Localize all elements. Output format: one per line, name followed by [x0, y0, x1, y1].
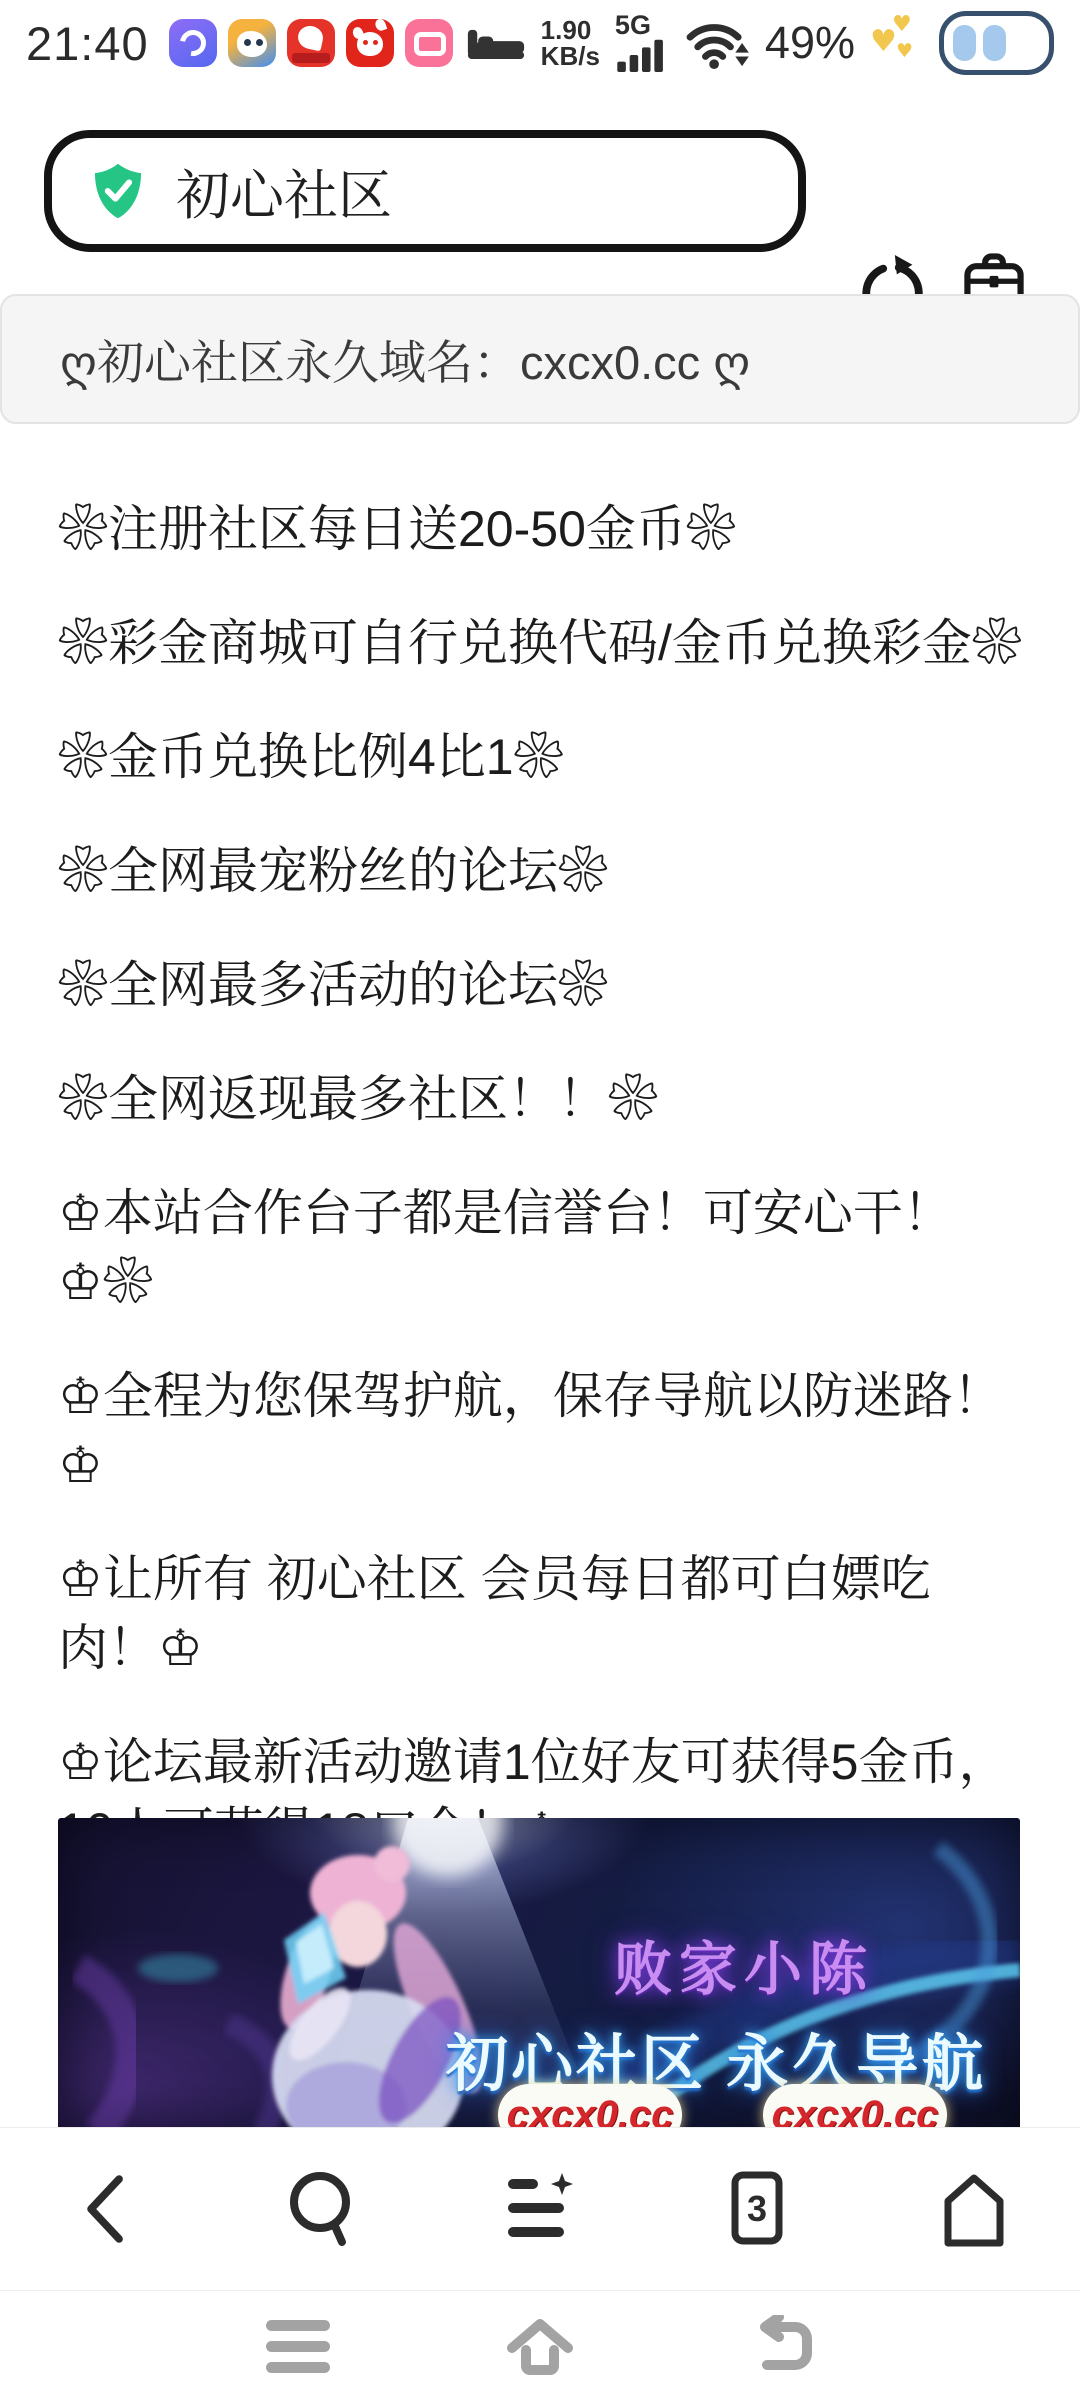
search-icon	[284, 2168, 362, 2250]
shorts-app-icon	[287, 19, 335, 67]
battery-cell	[953, 25, 976, 61]
game-app-icon	[228, 19, 276, 67]
page-content: ❀注册社区每日送20-50金币❀ ❀彩金商城可自行兑换代码/金币兑换彩金❀ ❀金…	[0, 424, 1080, 2025]
browser-address-row: 初心社区	[0, 86, 1080, 294]
play-glyph	[296, 24, 325, 52]
hearts-theme-icon: ♥ ♥ ♥	[870, 16, 924, 70]
heart-glyph: ♥	[892, 12, 912, 37]
notice-paragraph: ❀全网返现最多社区！！❀	[58, 1065, 1022, 1134]
tab-count-text: 3	[747, 2188, 767, 2229]
nav-back-icon	[747, 2315, 817, 2377]
notice-paragraph: ♔本站合作台子都是信誉台！可安心干！♔❀	[58, 1179, 1022, 1317]
swirl-glyph	[175, 25, 211, 61]
tab-count-icon: 3	[721, 2169, 793, 2249]
bilibili-app-icon	[405, 19, 453, 67]
notice-text: ღ初心社区永久域名：cxcx0.cc ღ	[60, 326, 750, 393]
banner-domain-badge: cxcx0.cc	[763, 2084, 947, 2133]
tabs-button[interactable]: 3	[715, 2161, 799, 2257]
speed-value: 1.90	[541, 17, 592, 43]
page-title-text: 初心社区	[176, 153, 392, 230]
home-button[interactable]	[932, 2161, 1016, 2257]
status-indicators: 1.90 KB/s 5G 49% ♥ ♥ ♥	[466, 11, 1054, 75]
back-button[interactable]	[64, 2161, 148, 2257]
secure-shield-check-icon[interactable]	[92, 162, 144, 220]
home-pentagon-icon	[936, 2169, 1012, 2249]
notice-paragraph: ❀彩金商城可自行兑换代码/金币兑换彩金❀	[58, 609, 1022, 678]
heart-glyph: ♥	[896, 40, 913, 62]
nav-back-button[interactable]	[746, 2310, 818, 2382]
nav-home-button[interactable]	[504, 2310, 576, 2382]
notification-app-icons	[169, 19, 453, 67]
menu-button[interactable]	[498, 2161, 582, 2257]
jd-app-icon	[346, 19, 394, 67]
promo-banner[interactable]: 败家小陈 初心社区 永久导航 cxcx0.cc cxcx0.cc	[58, 1818, 1020, 2133]
speed-unit: KB/s	[541, 43, 600, 69]
browser-screen: { "status_bar": { "time": "21:40", "app_…	[0, 0, 1080, 2400]
video-app-icon	[169, 19, 217, 67]
wifi-icon	[684, 16, 750, 70]
signal-bars-icon	[615, 35, 669, 73]
tv-glyph	[414, 32, 446, 56]
address-bar[interactable]: 初心社区	[44, 130, 806, 252]
network-type-label: 5G	[615, 13, 651, 37]
notice-paragraph: ♔让所有 初心社区 会员每日都可白嫖吃肉！♔	[58, 1545, 1022, 1683]
network-speed: 1.90 KB/s	[541, 17, 600, 69]
menu-sparkle-icon	[500, 2173, 580, 2245]
banner-domain-badge: cxcx0.cc	[498, 2084, 682, 2133]
label-strip	[292, 53, 330, 63]
recents-button[interactable]	[262, 2310, 334, 2382]
notice-paragraph: ❀金币兑换比例4比1❀	[58, 723, 1022, 792]
banner-title-text: 败家小陈	[614, 1922, 874, 2006]
permanent-domain-notice: ღ初心社区永久域名：cxcx0.cc ღ	[0, 294, 1080, 424]
search-button[interactable]	[281, 2161, 365, 2257]
notice-paragraph: ❀注册社区每日送20-50金币❀	[58, 495, 1022, 564]
cartoon-face-glyph	[237, 31, 267, 57]
browser-toolbar: 3	[0, 2127, 1080, 2289]
notice-paragraph: ♔全程为您保驾护航，保存导航以防迷路！♔	[58, 1362, 1022, 1500]
cellular-signal: 5G	[615, 13, 669, 73]
notice-paragraph: ❀全网最多活动的论坛❀	[58, 951, 1022, 1020]
recents-lines-icon	[266, 2320, 330, 2373]
battery-icon	[939, 11, 1054, 75]
nav-home-icon	[504, 2314, 576, 2378]
system-navigation-bar	[0, 2290, 1080, 2400]
sleep-mode-bed-icon	[466, 21, 526, 65]
battery-cell	[983, 25, 1006, 61]
battery-percent-text: 49%	[765, 17, 855, 69]
dog-face-glyph	[357, 32, 383, 56]
clock-text: 21:40	[26, 16, 149, 71]
notice-paragraph: ❀全网最宠粉丝的论坛❀	[58, 837, 1022, 906]
back-chevron-icon	[76, 2169, 136, 2249]
status-bar: 21:40 1.90 KB/s 5G	[0, 0, 1080, 86]
